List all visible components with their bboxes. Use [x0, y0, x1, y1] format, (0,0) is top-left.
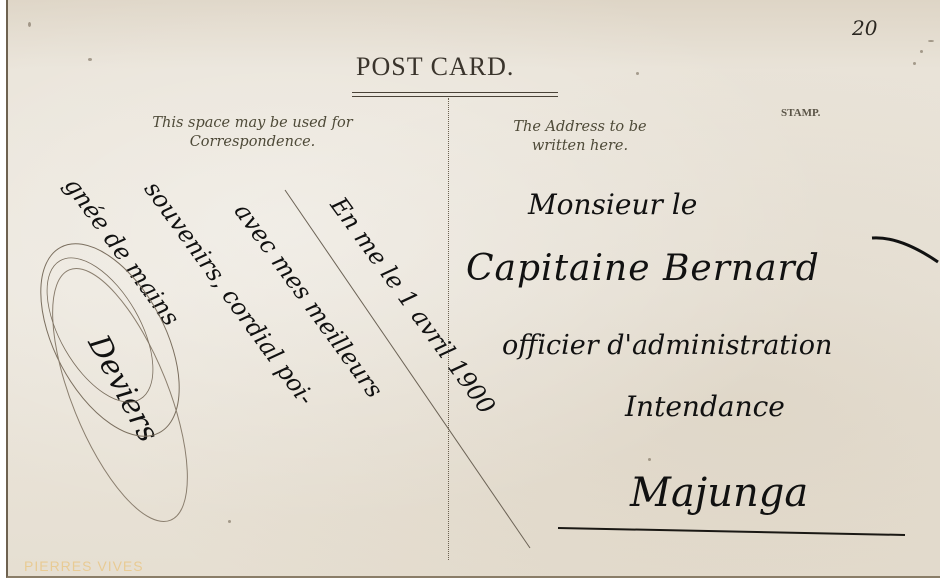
diagonal-pencil-line	[285, 190, 530, 548]
address-underline	[558, 528, 905, 535]
signature-oval	[12, 221, 208, 458]
ink-strokes	[0, 0, 940, 584]
signature-oval	[25, 252, 215, 538]
watermark: PIERRES VIVES	[24, 558, 144, 574]
signature-oval	[25, 241, 174, 420]
bernard-flourish	[872, 238, 938, 262]
